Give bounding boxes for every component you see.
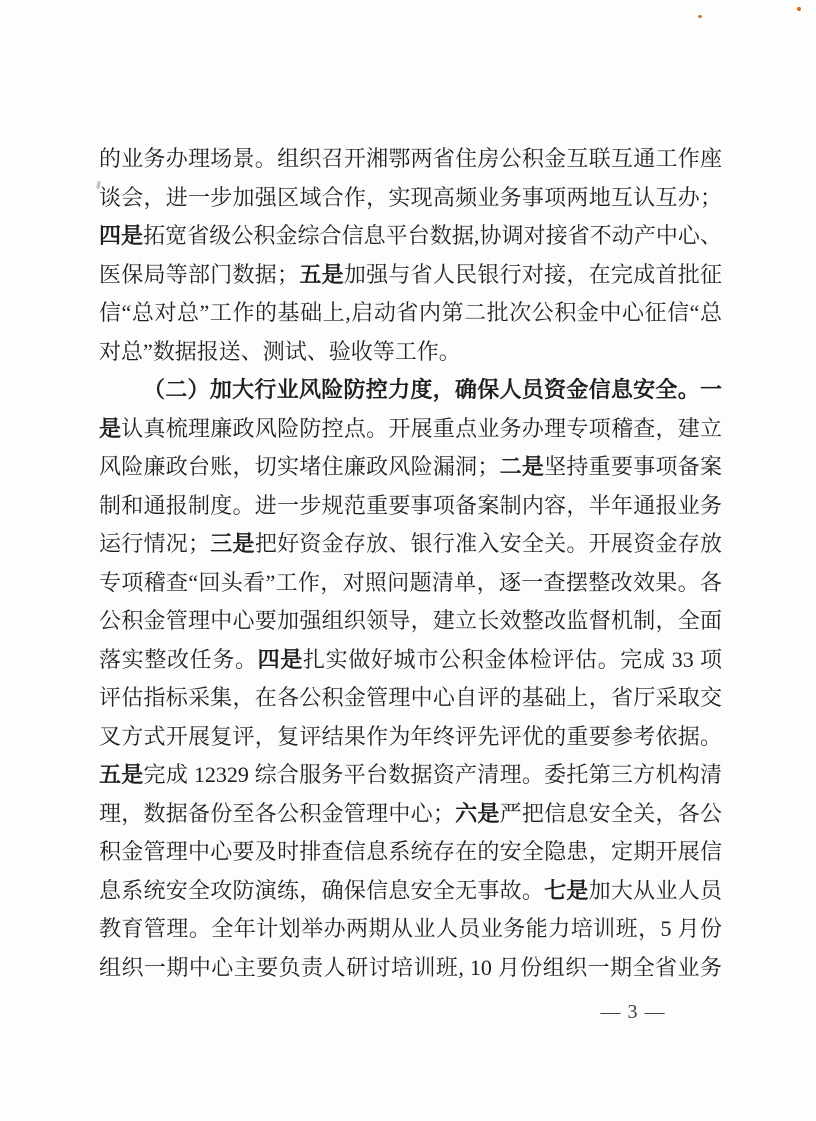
text-segment: 医保局等部门数据；: [99, 262, 299, 287]
text-segment-bold: 五是: [99, 762, 144, 787]
text-segment: 理，数据备份至各公积金管理中心；: [99, 801, 455, 826]
text-segment: 公积金管理中心要加强组织领导，建立长效整改监督机制，全面: [99, 608, 722, 633]
text-segment: 扎实做好城市公积金体检评估。完成 33 项: [303, 647, 722, 672]
text-line: 理，数据备份至各公积金管理中心；六是严把信息安全关，各公: [99, 795, 722, 834]
text-segment-bold: 三是: [210, 531, 255, 556]
text-line: 风险廉政台账，切实堵住廉政风险漏洞；二是坚持重要事项备案: [99, 448, 722, 487]
text-line: 叉方式开展复评，复评结果作为年终评先评优的重要参考依据。: [99, 718, 722, 757]
text-segment-bold: 五是: [299, 262, 344, 287]
text-line: 积金管理中心要及时排查信息系统存在的安全隐患，定期开展信: [99, 833, 722, 872]
text-segment-bold: 二是: [499, 454, 544, 479]
text-segment: 拓宽省级公积金综合信息平台数据,协调对接省不动产中心、: [143, 223, 722, 248]
text-line: 对总”数据报送、测试、验收等工作。: [99, 333, 722, 372]
text-line: 是认真梳理廉政风险防控点。开展重点业务办理专项稽查，建立: [99, 410, 722, 449]
text-line: 评估指标采集，在各公积金管理中心自评的基础上，省厅采取交: [99, 679, 722, 718]
text-segment-bold: 四是: [258, 647, 303, 672]
text-segment: 完成 12329 综合服务平台数据资产清理。委托第三方机构清: [144, 762, 722, 787]
page-number: — 3 —: [558, 999, 708, 1025]
text-segment: 落实整改任务。: [99, 647, 258, 672]
scan-speck: [698, 15, 702, 18]
scan-speck: [797, 7, 801, 11]
text-segment: 严把信息安全关，各公: [500, 801, 722, 826]
document-body: 的业务办理场景。组织召开湘鄂两省住房公积金互联互通工作座谈会，进一步加强区域合作…: [99, 140, 722, 987]
text-line: 教育管理。全年计划举办两期从业人员业务能力培训班，5 月份: [99, 910, 722, 949]
text-segment: 的业务办理场景。组织召开湘鄂两省住房公积金互联互通工作座: [99, 146, 722, 171]
text-line: （二）加大行业风险防控力度，确保人员资金信息安全。一: [99, 371, 722, 410]
text-line: 息系统安全攻防演练，确保信息安全无事故。七是加大从业人员: [99, 872, 722, 911]
text-line: 运行情况；三是把好资金存放、银行准入安全关。开展资金存放: [99, 525, 722, 564]
text-segment: 把好资金存放、银行准入安全关。开展资金存放: [255, 531, 722, 556]
text-segment: 信“总对总”工作的基础上,启动省内第二批次公积金中心征信“总: [99, 300, 722, 325]
text-line: 四是拓宽省级公积金综合信息平台数据,协调对接省不动产中心、: [99, 217, 722, 256]
text-segment: 教育管理。全年计划举办两期从业人员业务能力培训班，5 月份: [99, 916, 722, 941]
text-line: 组织一期中心主要负责人研讨培训班, 10 月份组织一期全省业务: [99, 949, 722, 988]
document-page: 的业务办理场景。组织召开湘鄂两省住房公积金互联互通工作座谈会，进一步加强区域合作…: [0, 0, 816, 1121]
text-segment: 对总”数据报送、测试、验收等工作。: [99, 339, 461, 364]
text-segment-bold: 六是: [455, 801, 500, 826]
text-line: 专项稽查“回头看”工作，对照问题清单，逐一查摆整改效果。各: [99, 564, 722, 603]
text-line: 公积金管理中心要加强组织领导，建立长效整改监督机制，全面: [99, 602, 722, 641]
text-segment: 风险廉政台账，切实堵住廉政风险漏洞；: [99, 454, 499, 479]
text-line: 制和通报制度。进一步规范重要事项备案制内容，半年通报业务: [99, 487, 722, 526]
text-segment: 积金管理中心要及时排查信息系统存在的安全隐患，定期开展信: [99, 839, 722, 864]
text-segment: 加强与省人民银行对接，在完成首批征: [344, 262, 722, 287]
text-segment: 坚持重要事项备案: [544, 454, 722, 479]
text-segment-bold: 七是: [544, 878, 589, 903]
text-segment-bold: （二）加大行业风险防控力度，确保人员资金信息安全。一: [143, 377, 722, 402]
text-segment: 评估指标采集，在各公积金管理中心自评的基础上，省厅采取交: [99, 685, 722, 710]
text-line: 的业务办理场景。组织召开湘鄂两省住房公积金互联互通工作座: [99, 140, 722, 179]
text-segment: 谈会，进一步加强区域合作，实现高频业务事项两地互认互办；: [99, 185, 722, 210]
text-segment: 认真梳理廉政风险防控点。开展重点业务办理专项稽查，建立: [121, 416, 722, 441]
text-line: 谈会，进一步加强区域合作，实现高频业务事项两地互认互办；: [99, 179, 722, 218]
text-segment: 息系统安全攻防演练，确保信息安全无事故。: [99, 878, 544, 903]
text-segment: 加大从业人员: [589, 878, 722, 903]
text-segment: 叉方式开展复评，复评结果作为年终评先评优的重要参考依据。: [99, 724, 722, 749]
text-segment: 专项稽查“回头看”工作，对照问题清单，逐一查摆整改效果。各: [99, 570, 722, 595]
text-segment-bold: 是: [99, 416, 121, 441]
text-segment-bold: 四是: [99, 223, 143, 248]
text-line: 信“总对总”工作的基础上,启动省内第二批次公积金中心征信“总: [99, 294, 722, 333]
text-segment: 制和通报制度。进一步规范重要事项备案制内容，半年通报业务: [99, 493, 722, 518]
text-line: 五是完成 12329 综合服务平台数据资产清理。委托第三方机构清: [99, 756, 722, 795]
text-segment: 组织一期中心主要负责人研讨培训班, 10 月份组织一期全省业务: [99, 955, 722, 980]
text-line: 落实整改任务。四是扎实做好城市公积金体检评估。完成 33 项: [99, 641, 722, 680]
text-line: 医保局等部门数据；五是加强与省人民银行对接，在完成首批征: [99, 256, 722, 295]
text-segment: 运行情况；: [99, 531, 210, 556]
